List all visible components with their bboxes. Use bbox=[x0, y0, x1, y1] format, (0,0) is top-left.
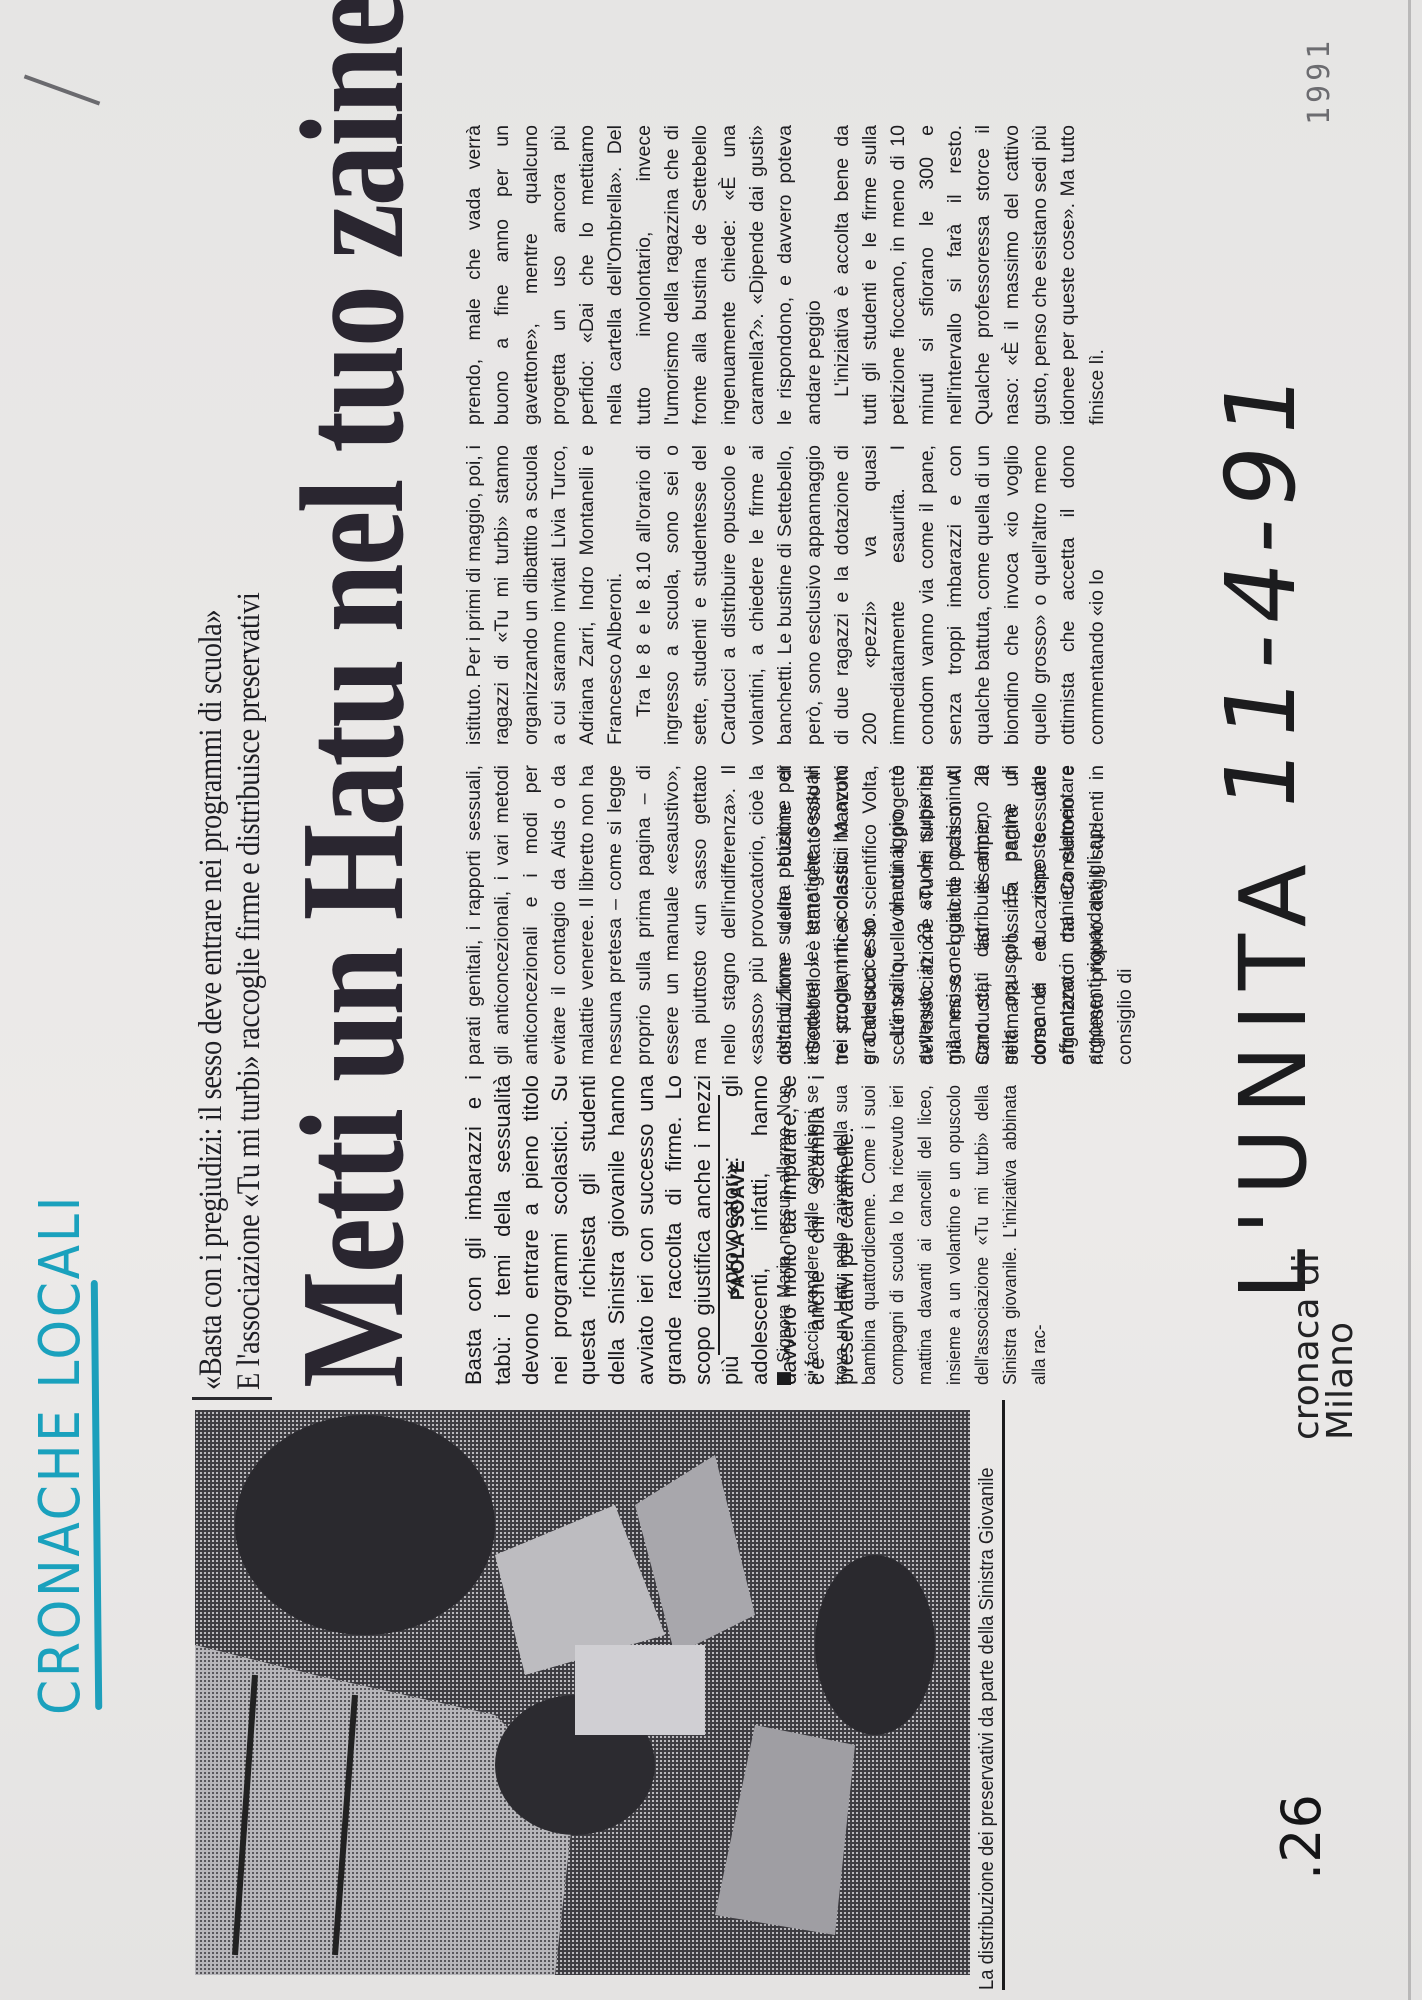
page-number-handwritten: .26 bbox=[1270, 1794, 1333, 1880]
subheadline: «Basta con i pregiudizi: il sesso deve e… bbox=[192, 306, 268, 1390]
column-text: Tra le 8 e le 8.10 all'orario di ingress… bbox=[630, 445, 1111, 745]
caption-rule bbox=[1002, 1400, 1005, 1990]
year-handwritten: 1991 bbox=[1302, 37, 1337, 125]
subheadline-rule bbox=[192, 1397, 272, 1400]
article-column-4: istituto. Per i primi di maggio, poi, i … bbox=[460, 445, 1111, 745]
pen-mark bbox=[24, 74, 101, 105]
headline: Metti un Hatu nel tuo zainetto bbox=[278, 212, 428, 1388]
paragraph-bullet-icon bbox=[777, 1372, 791, 1385]
column-text: Signora Maria, nessun allarme. Non si fa… bbox=[773, 1085, 1049, 1385]
news-photo bbox=[195, 1410, 970, 1975]
article-column-5: prendo, male che vada verrà buono a fine… bbox=[460, 125, 1111, 425]
halftone-photo-icon bbox=[195, 1410, 970, 1975]
edition-note-handwritten: cronaca di Milano bbox=[1290, 1253, 1358, 1440]
column-text: L'iniziativa è accolta bene da tutti gli… bbox=[828, 125, 1111, 425]
byline: PAOLA SOAVE bbox=[728, 1075, 750, 1385]
subheadline-line-2: E l'associazione «Tu mi turbi» raccoglie… bbox=[230, 306, 268, 1390]
subheadline-line-1: «Basta con i pregiudizi: il sesso deve e… bbox=[192, 306, 230, 1390]
column-text: istituto. Per i primi di maggio, poi, i … bbox=[460, 445, 630, 745]
article-column-1: Signora Maria, nessun allarme. Non si fa… bbox=[770, 1085, 1053, 1385]
paper-edge bbox=[1408, 0, 1411, 2000]
photo-caption: La distribuzione dei preservativi da par… bbox=[975, 1447, 999, 1990]
byline-rule bbox=[718, 1095, 720, 1355]
newspaper-name-handwritten: L'UNITA bbox=[1220, 850, 1327, 1300]
column-text: prendo, male che vada verrà buono a fine… bbox=[460, 125, 828, 425]
column-text: parati genitali, i rapporti sessuali, gl… bbox=[460, 765, 1139, 1065]
newspaper-clipping-page: CRONACHE LOCALI «Basta con i pregiudizi:… bbox=[0, 0, 1422, 2000]
date-handwritten: 11-4-91 bbox=[1205, 357, 1317, 817]
section-label-handwritten: CRONACHE LOCALI bbox=[28, 1194, 93, 1715]
article-column-3: parati genitali, i rapporti sessuali, gl… bbox=[460, 765, 1139, 1065]
